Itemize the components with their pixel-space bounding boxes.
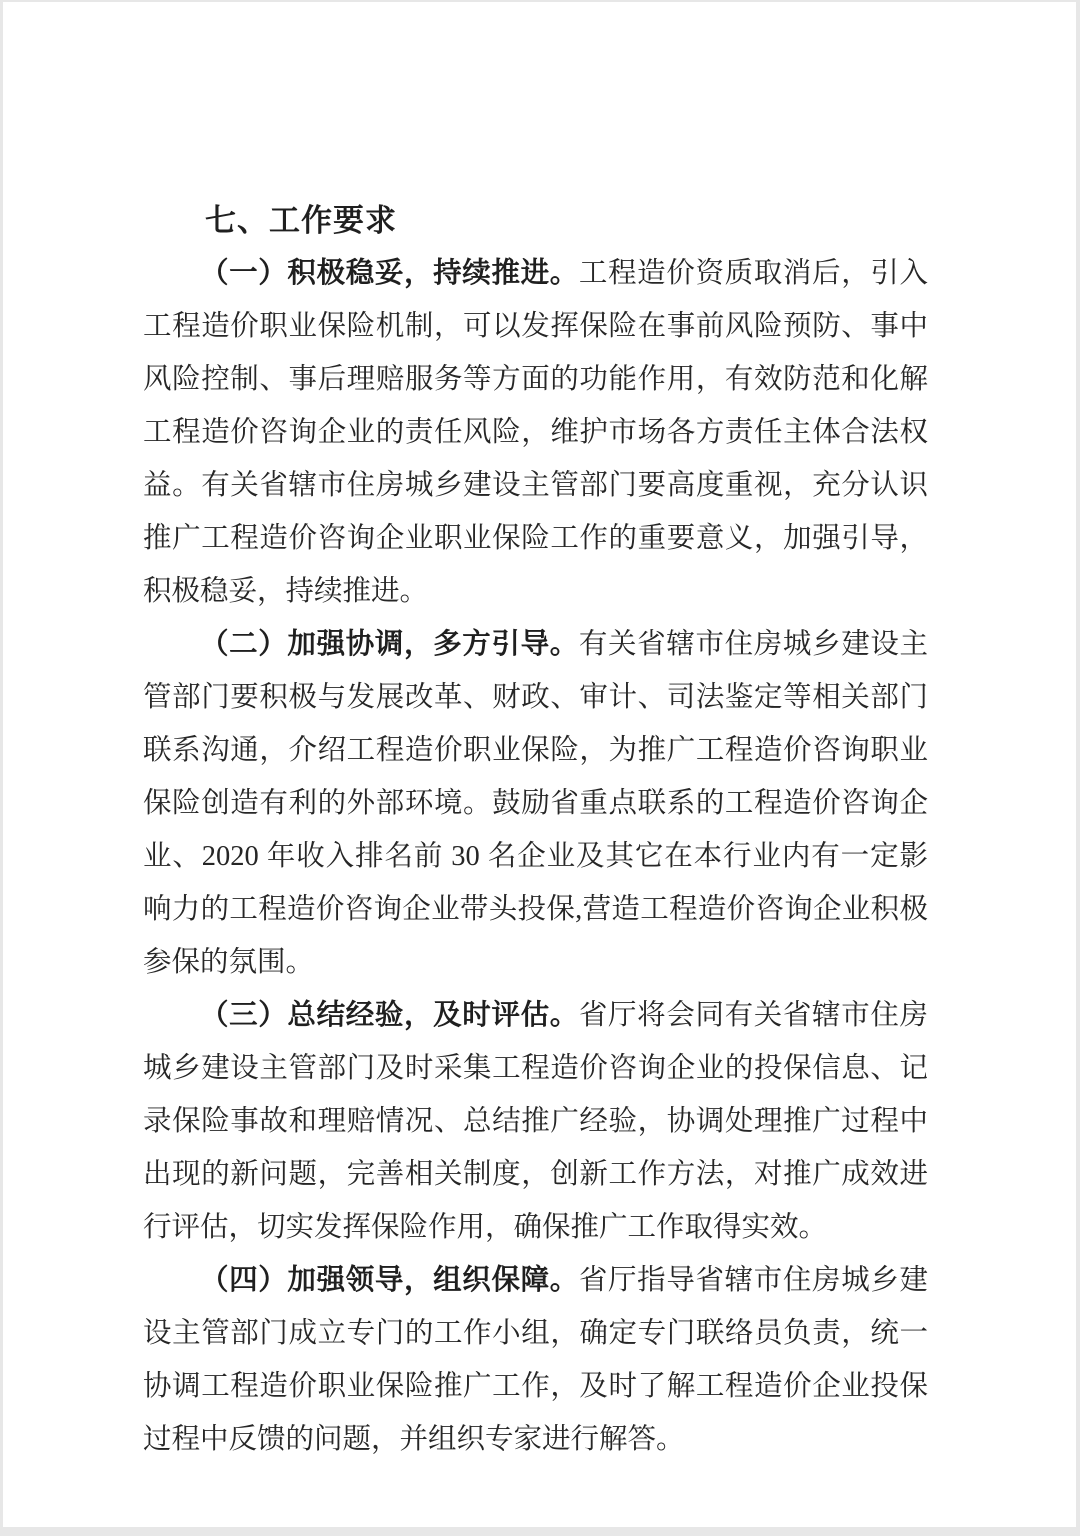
paragraph-2-body: 有关省辖市住房城乡建设主管部门要积极与发展改革、财政、审计、司法鉴定等相关部门联…: [143, 629, 928, 978]
paragraph-4-lead: （四）加强领导，组织保障。: [200, 1265, 579, 1296]
paragraph-3-body: 省厅将会同有关省辖市住房城乡建设主管部门及时采集工程造价咨询企业的投保信息、记录…: [143, 1000, 928, 1243]
paragraph-1-body: 工程造价资质取消后，引入工程造价职业保险机制，可以发挥保险在事前风险预防、事中风…: [143, 258, 928, 607]
paragraph-3: （三）总结经验，及时评估。省厅将会同有关省辖市住房城乡建设主管部门及时采集工程造…: [143, 989, 928, 1254]
scanned-document-page: { "page": { "outer_background": "#e7e7e7…: [0, 0, 1080, 1536]
paragraph-4: （四）加强领导，组织保障。省厅指导省辖市住房城乡建设主管部门成立专门的工作小组，…: [143, 1254, 928, 1466]
paragraph-2-lead: （二）加强协调，多方引导。: [200, 629, 579, 660]
paragraph-2: （二）加强协调，多方引导。有关省辖市住房城乡建设主管部门要积极与发展改革、财政、…: [143, 618, 928, 989]
document-paper: 七、工作要求 （一）积极稳妥，持续推进。工程造价资质取消后，引入工程造价职业保险…: [3, 2, 1076, 1527]
document-content: 七、工作要求 （一）积极稳妥，持续推进。工程造价资质取消后，引入工程造价职业保险…: [3, 2, 1076, 1466]
paragraph-3-lead: （三）总结经验，及时评估。: [200, 1000, 579, 1031]
paragraph-1-lead: （一）积极稳妥，持续推进。: [200, 258, 579, 289]
section-heading: 七、工作要求: [143, 194, 928, 247]
paragraph-1: （一）积极稳妥，持续推进。工程造价资质取消后，引入工程造价职业保险机制，可以发挥…: [143, 247, 928, 618]
